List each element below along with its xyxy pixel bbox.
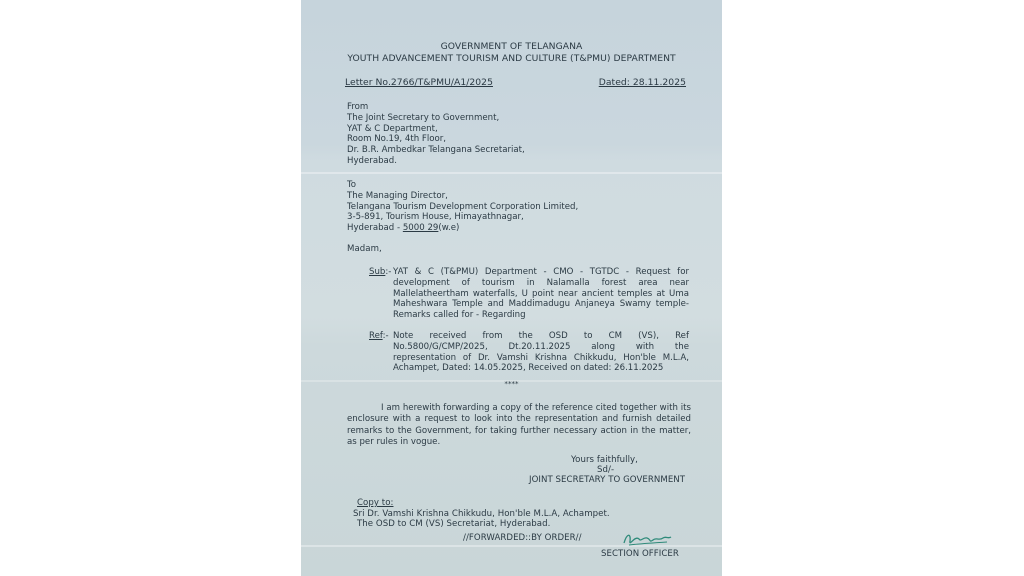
subject-line: development of tourism in Nalamalla fore…	[393, 278, 689, 289]
salutation: Madam,	[347, 244, 382, 255]
to-line: The Managing Director,	[347, 191, 578, 202]
subject-line: Remarks called for - Regarding	[393, 310, 689, 321]
reference-label: Ref:-	[369, 331, 389, 341]
copy-to-recipient: The OSD to CM (VS) Secretariat, Hyderaba…	[357, 519, 550, 530]
reference-line: representation of Dr. Vamshi Krishna Chi…	[393, 353, 689, 364]
subject-line: Maheshwara Temple and Maddimadugu Anjane…	[393, 299, 689, 310]
reference-line: Achampet, Dated: 14.05.2025, Received on…	[393, 363, 689, 374]
from-line: Room No.19, 4th Floor,	[347, 134, 525, 145]
to-line: 3-5-891, Tourism House, Himayathnagar,	[347, 212, 578, 223]
body-line: as per rules in vogue.	[347, 437, 691, 448]
to-line: Telangana Tourism Development Corporatio…	[347, 202, 578, 213]
reference-line: Note received from the OSD to CM (VS), R…	[393, 331, 689, 342]
body-line: remarks to the Government, for taking fu…	[347, 426, 691, 437]
forwarded-by-order: //FORWARDED::BY ORDER//	[463, 533, 582, 544]
header-government: GOVERNMENT OF TELANGANA	[301, 42, 722, 53]
from-label: From	[347, 102, 525, 113]
from-line: Dr. B.R. Ambedkar Telangana Secretariat,	[347, 145, 525, 156]
body-line: enclosure with a request to look into th…	[347, 414, 691, 425]
letter-document: GOVERNMENT OF TELANGANA YOUTH ADVANCEMEN…	[301, 0, 722, 576]
separator: ****	[301, 379, 722, 390]
signature-icon	[621, 529, 673, 551]
header-department: YOUTH ADVANCEMENT TOURISM AND CULTURE (T…	[301, 54, 722, 65]
from-address: From The Joint Secretary to Government, …	[347, 102, 525, 167]
from-line: YAT & C Department,	[347, 124, 525, 135]
subject-line: YAT & C (T&PMU) Department - CMO - TGTDC…	[393, 267, 689, 278]
copy-to-label: Copy to:	[357, 498, 393, 509]
to-label: To	[347, 180, 578, 191]
from-line: Hyderabad.	[347, 156, 525, 167]
to-city-line: Hyderabad - 5000 29(w.e)	[347, 223, 578, 234]
subject-label: Sub:-	[369, 267, 391, 277]
to-pincode: 5000 29	[403, 223, 439, 233]
to-pincode-suffix: (w.e)	[438, 223, 459, 233]
letter-date: Dated: 28.11.2025	[599, 78, 686, 89]
subject-line: Mallelatheertham waterfalls, U point nea…	[393, 289, 689, 300]
section-officer: SECTION OFFICER	[601, 549, 679, 560]
letter-number: Letter No.2766/T&PMU/A1/2025	[345, 78, 493, 89]
paper-fold-line	[301, 172, 722, 174]
to-address: To The Managing Director, Telangana Tour…	[347, 180, 578, 234]
from-line: The Joint Secretary to Government,	[347, 113, 525, 124]
signatory-title: JOINT SECRETARY TO GOVERNMENT	[529, 475, 685, 486]
body-paragraph: I am herewith forwarding a copy of the r…	[347, 403, 691, 449]
reference-text: Note received from the OSD to CM (VS), R…	[393, 331, 689, 374]
body-line: I am herewith forwarding a copy of the r…	[347, 403, 691, 414]
to-city: Hyderabad -	[347, 223, 403, 233]
reference-line: No.5800/G/CMP/2025, Dt.20.11.2025 along …	[393, 342, 689, 353]
subject-text: YAT & C (T&PMU) Department - CMO - TGTDC…	[393, 267, 689, 321]
